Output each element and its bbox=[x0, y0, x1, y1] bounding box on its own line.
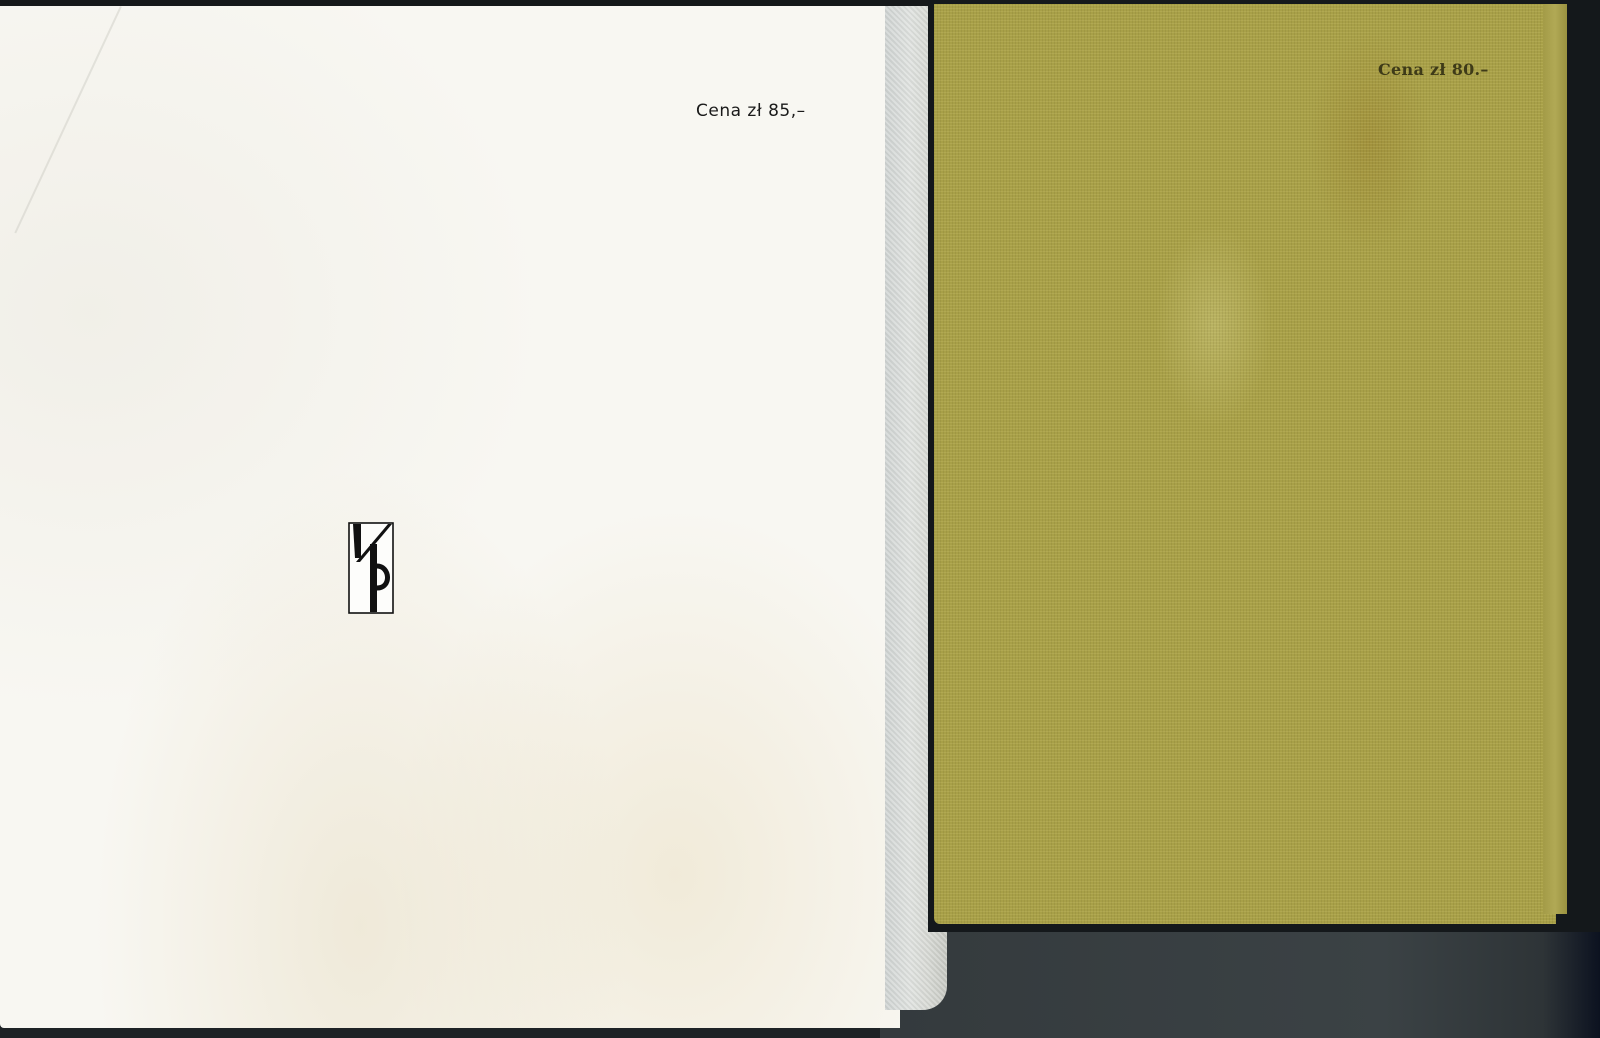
right-book-spine-edge bbox=[1543, 4, 1567, 914]
right-book-back-cover bbox=[934, 4, 1556, 924]
left-book-price-label: Cena zł 85,– bbox=[696, 101, 806, 121]
photo-scene: Cena zł 85,– Cena zł 80.– bbox=[0, 0, 1600, 1038]
publisher-monogram-icon bbox=[348, 522, 394, 614]
left-book-back-cover bbox=[0, 6, 900, 1028]
left-book bbox=[0, 6, 960, 1028]
right-book bbox=[928, 0, 1600, 932]
right-book-price-label: Cena zł 80.– bbox=[1378, 60, 1489, 79]
